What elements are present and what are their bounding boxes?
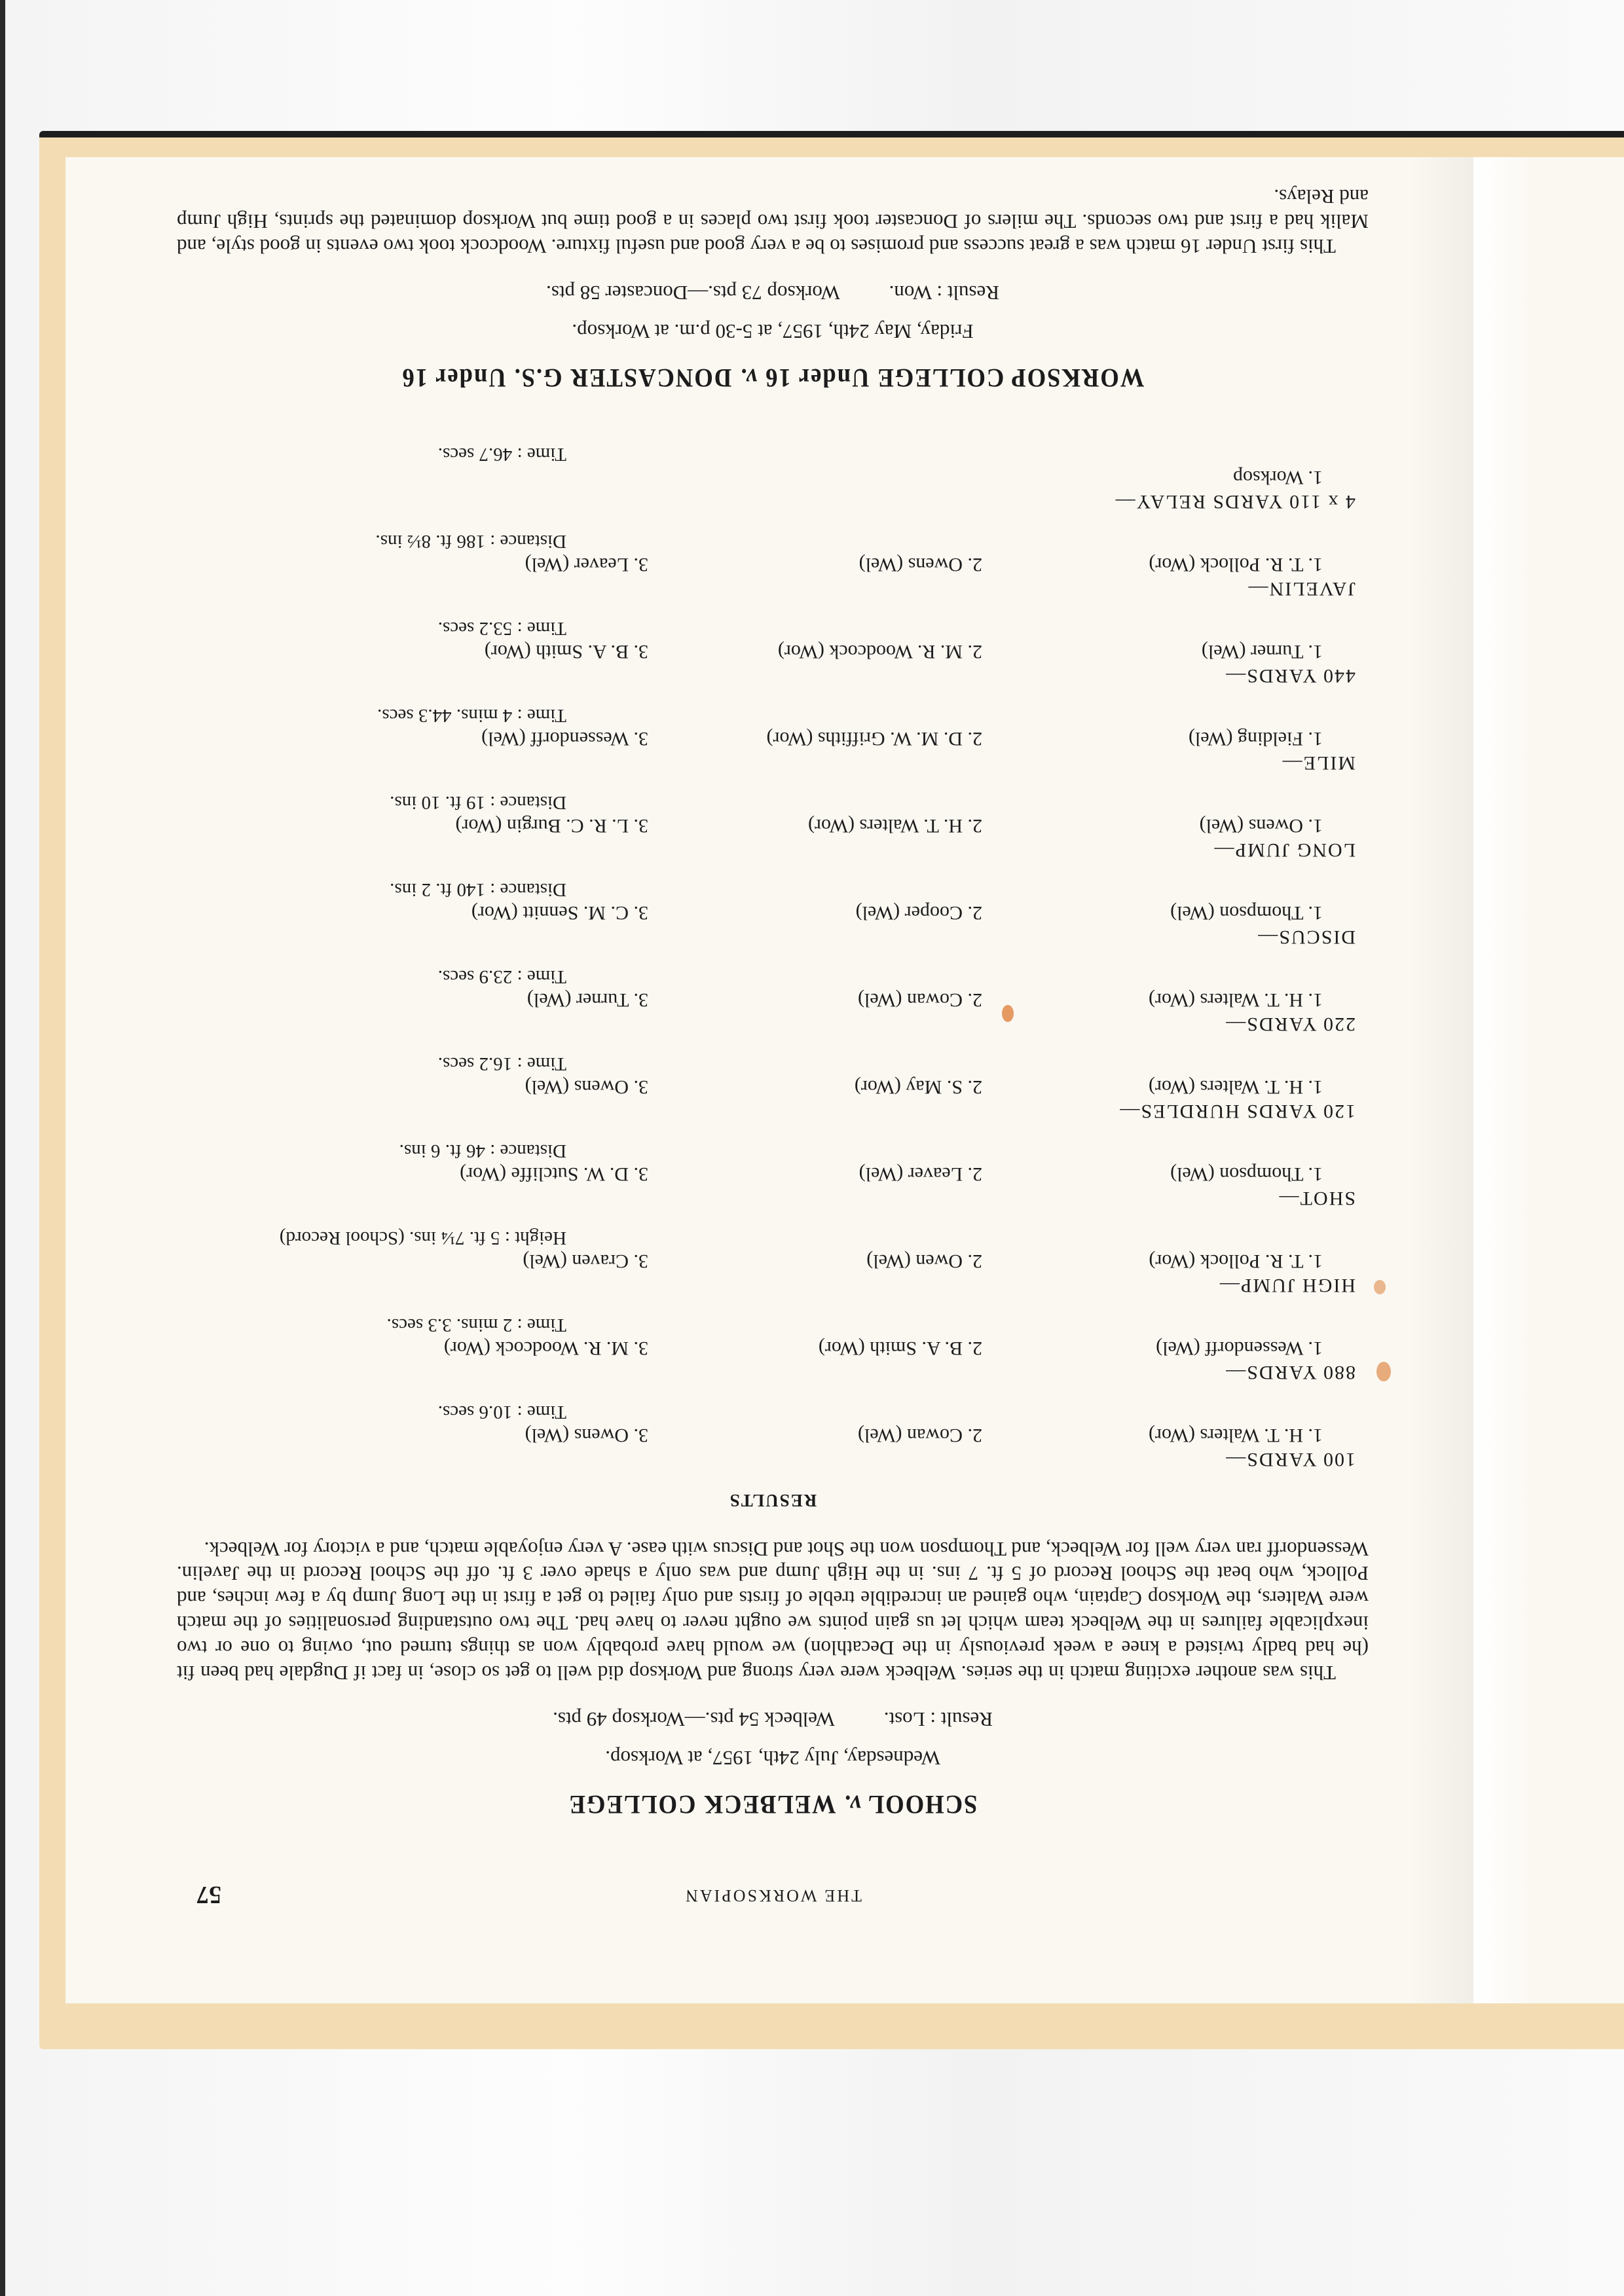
match2-versus: v. — [739, 363, 757, 393]
third-place — [170, 465, 655, 488]
event-measure: Time : 16.2 secs. — [170, 1053, 566, 1075]
second-place — [655, 465, 1008, 488]
first-place: 1. Thompson (Wel) — [1008, 1162, 1375, 1185]
event-item: 120 YARDS HURDLES— 1. H. T. Walters (Wor… — [170, 1053, 1375, 1123]
event-item: 880 YARDS— 1. Wessendorff (Wel)2. B. A. … — [170, 1314, 1375, 1384]
event-measure: Time : 53.2 secs. — [170, 617, 566, 640]
match1-report: This was another exciting match in the s… — [177, 1537, 1369, 1685]
event-name: 4 x 110 YARDS RELAY— — [170, 490, 1356, 513]
result-outcome: Won. — [889, 282, 932, 304]
results-heading: RESULTS — [170, 1489, 1375, 1510]
result-score: Worksop 73 pts.—Doncaster 58 pts. — [546, 282, 840, 304]
document-page: THE WORKSOPIAN 57 SCHOOL v. WELBECK COLL… — [65, 157, 1473, 2003]
match2-result: Result : Won. Worksop 73 pts.—Doncaster … — [170, 281, 1375, 305]
second-place: 2. Cowan (Wel) — [655, 1423, 1008, 1446]
event-item: 220 YARDS— 1. H. T. Walters (Wor)2. Cowa… — [170, 966, 1375, 1036]
foxing-stain — [1374, 1280, 1386, 1294]
event-item: JAVELIN— 1. T. R. Pollock (Wor)2. Owens … — [170, 530, 1375, 600]
match1-result: Result : Lost. Welbeck 54 pts.—Worksop 4… — [170, 1707, 1375, 1732]
event-name: 440 YARDS— — [170, 665, 1356, 687]
event-item: 440 YARDS— 1. Turner (Wel)2. M. R. Woodc… — [170, 617, 1375, 687]
event-measure: Distance : 140 ft. 2 ins. — [170, 879, 566, 901]
first-place: 1. T. R. Pollock (Wor) — [1008, 1249, 1375, 1272]
result-label: Result : — [930, 1708, 993, 1731]
third-place: 3. D. W. Sutcliffe (Wor) — [170, 1162, 655, 1185]
event-measure: Time : 23.9 secs. — [170, 966, 566, 988]
result-label: Result : — [936, 282, 999, 304]
foxing-stain — [1376, 1362, 1391, 1381]
third-place: 3. Wessendorff (Wel) — [170, 727, 655, 750]
third-place: 3. L. R. C. Burgin (Wor) — [170, 814, 655, 837]
first-place: 1. Turner (Wel) — [1008, 640, 1375, 663]
printed-content-upside-down: THE WORKSOPIAN 57 SCHOOL v. WELBECK COLL… — [170, 301, 1375, 1912]
second-place: 2. H. T. Walters (Wor) — [655, 814, 1008, 837]
third-place: 3. M. R. Woodcock (Wor) — [170, 1336, 655, 1359]
third-place: 3. B. A. Smith (Wor) — [170, 640, 655, 663]
second-place: 2. Leaver (Wel) — [655, 1162, 1008, 1185]
second-place: 2. B. A. Smith (Wor) — [655, 1336, 1008, 1359]
first-place: 1. H. T. Walters (Wor) — [1008, 1075, 1375, 1098]
event-measure: Time : 10.6 secs. — [170, 1401, 566, 1423]
second-place: 2. M. R. Woodcock (Wor) — [655, 640, 1008, 663]
event-name: 220 YARDS— — [170, 1013, 1356, 1036]
first-place: 1. Wessendorff (Wel) — [1008, 1336, 1375, 1359]
result-outcome: Lost. — [884, 1708, 925, 1731]
adjacent-page — [1473, 157, 1624, 2003]
event-name: SHOT— — [170, 1187, 1356, 1210]
second-place: 2. Owens (Wel) — [655, 553, 1008, 575]
event-name: LONG JUMP— — [170, 839, 1356, 862]
match2-away: DONCASTER G.S. Under 16 — [401, 363, 732, 393]
event-item: 100 YARDS— 1. H. T. Walters (Wor)2. Cowa… — [170, 1401, 1375, 1471]
event-item: SHOT— 1. Thompson (Wel)2. Leaver (Wel)3.… — [170, 1140, 1375, 1210]
second-place: 2. S. May (Wor) — [655, 1075, 1008, 1098]
event-name: JAVELIN— — [170, 577, 1356, 600]
first-place: 1. T. R. Pollock (Wor) — [1008, 553, 1375, 575]
journal-title: THE WORKSOPIAN — [170, 1885, 1375, 1905]
second-place: 2. D. M. W. Griffiths (Wor) — [655, 727, 1008, 750]
event-measure: Distance : 186 ft. 8½ ins. — [170, 530, 566, 553]
event-item: LONG JUMP— 1. Owens (Wel)2. H. T. Walter… — [170, 792, 1375, 862]
results-list: 100 YARDS— 1. H. T. Walters (Wor)2. Cowa… — [170, 443, 1375, 1471]
third-place: 3. Leaver (Wel) — [170, 553, 655, 575]
event-measure: Distance : 19 ft. 10 ins. — [170, 792, 566, 814]
event-item: HIGH JUMP— 1. T. R. Pollock (Wor)2. Owen… — [170, 1227, 1375, 1297]
event-item: MILE— 1. Fielding (Wel)2. D. M. W. Griff… — [170, 704, 1375, 774]
event-name: 880 YARDS— — [170, 1361, 1356, 1384]
third-place: 3. Owens (Wel) — [170, 1423, 655, 1446]
event-measure: Time : 2 mins. 3.3 secs. — [170, 1314, 566, 1336]
second-place: 2. Cowan (Wel) — [655, 988, 1008, 1011]
match1-away: WELBECK COLLEGE — [568, 1790, 836, 1819]
match2-date: Friday, May 24th, 1957, at 5-30 p.m. at … — [170, 319, 1375, 343]
event-name: DISCUS— — [170, 926, 1356, 949]
match2-title: WORKSOP COLLEGE Under 16 v. DONCASTER G.… — [219, 363, 1327, 393]
event-name: MILE— — [170, 752, 1356, 774]
second-place: 2. Cooper (Wel) — [655, 901, 1008, 924]
match1-date: Wednesday, July 24th, 1957, at Worksop. — [170, 1745, 1375, 1770]
first-place: 1. Worksop — [1008, 465, 1375, 488]
running-head: THE WORKSOPIAN 57 — [170, 1872, 1375, 1912]
scanner-edge — [0, 0, 5, 2296]
first-place: 1. Owens (Wel) — [1008, 814, 1375, 837]
match2-home: WORKSOP COLLEGE Under 16 — [764, 363, 1144, 393]
first-place: 1. H. T. Walters (Wor) — [1008, 1423, 1375, 1446]
third-place: 3. Owens (Wel) — [170, 1075, 655, 1098]
gutter-shadow — [1408, 157, 1473, 2003]
event-name: 100 YARDS— — [170, 1448, 1356, 1471]
first-place: 1. Thompson (Wel) — [1008, 901, 1375, 924]
event-measure: Time : 4 mins. 44.3 secs. — [170, 704, 566, 727]
event-measure: Distance : 46 ft. 6 ins. — [170, 1140, 566, 1162]
match2-report: This first Under 16 match was a great su… — [177, 184, 1369, 258]
match1-home: SCHOOL — [868, 1790, 977, 1819]
event-measure: Height : 5 ft. 7¼ ins. (School Record) — [170, 1227, 566, 1249]
second-place: 2. Owen (Wel) — [655, 1249, 1008, 1272]
event-item: 4 x 110 YARDS RELAY— 1. Worksop Time : 4… — [170, 443, 1375, 513]
event-measure: Time : 46.7 secs. — [170, 443, 566, 465]
third-place: 3. C. M. Sennitt (Wor) — [170, 901, 655, 924]
third-place: 3. Craven (Wel) — [170, 1249, 655, 1272]
result-score: Welbeck 54 pts.—Worksop 49 pts. — [553, 1708, 835, 1731]
third-place: 3. Turner (Wel) — [170, 988, 655, 1011]
match1-title: SCHOOL v. WELBECK COLLEGE — [219, 1789, 1327, 1820]
event-name: 120 YARDS HURDLES— — [170, 1100, 1356, 1123]
match1-versus: v. — [843, 1790, 861, 1819]
event-item: DISCUS— 1. Thompson (Wel)2. Cooper (Wel)… — [170, 879, 1375, 949]
first-place: 1. Fielding (Wel) — [1008, 727, 1375, 750]
event-name: HIGH JUMP— — [170, 1274, 1356, 1297]
page-number: 57 — [196, 1880, 221, 1909]
first-place: 1. H. T. Walters (Wor) — [1008, 988, 1375, 1011]
